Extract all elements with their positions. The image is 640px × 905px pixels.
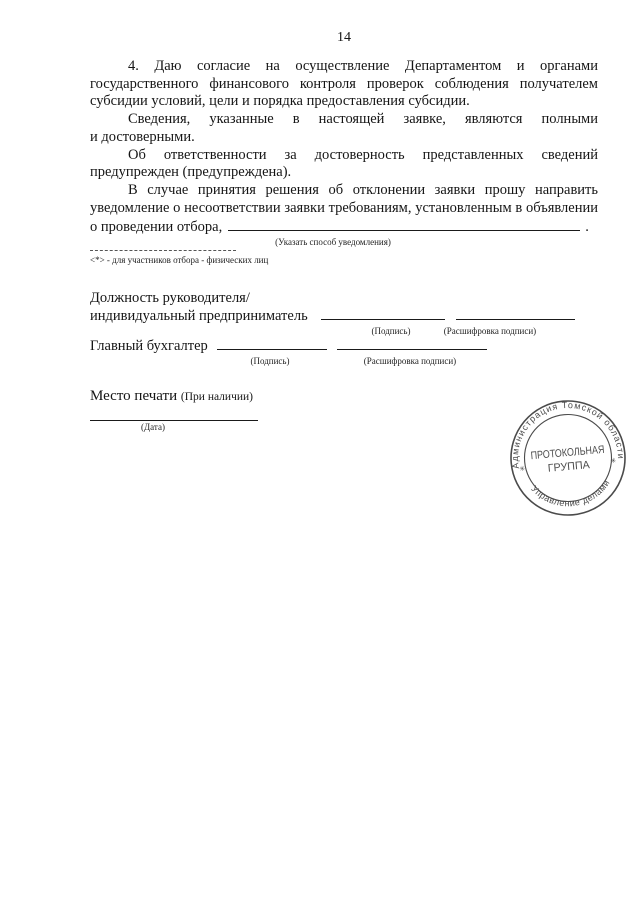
blank-date [90, 414, 258, 421]
stamp-center-line1: ПРОТОКОЛЬНАЯ [530, 444, 605, 462]
paragraph-line: субсидии условий, цели и порядка предост… [90, 93, 598, 111]
paragraph-line: уведомление о несоответствии заявки треб… [90, 200, 598, 218]
blank-signature [217, 337, 327, 350]
stamp-star-right-icon: ✳ [610, 457, 617, 465]
paragraph-line: Об ответственности за достоверность пред… [90, 147, 598, 165]
signature-row-accountant: Главный бухгалтер [90, 337, 598, 355]
blank-signature [321, 307, 445, 320]
stamp-center-line2: ГРУППА [547, 459, 591, 475]
paragraph-line: 4. Даю согласие на осуществление Департа… [90, 58, 598, 76]
signature-captions-row: (Подпись) (Расшифровка подписи) [90, 356, 598, 367]
signer-position-line1: Должность руководителя/ [90, 289, 598, 307]
paragraph-line: о проведении отбора,. [90, 217, 598, 237]
paragraph-line: Сведения, указанные в настоящей заявке, … [90, 111, 598, 129]
transcript-caption: (Расшифровка подписи) [364, 356, 456, 366]
blank-signature-transcript [456, 307, 575, 320]
page-number: 14 [90, 30, 598, 45]
signature-captions-row: (Подпись) (Расшифровка подписи) [90, 326, 598, 337]
signer-position-line2: индивидуальный предприниматель [90, 308, 308, 324]
signature-caption: (Подпись) [250, 356, 289, 366]
notification-method-caption: (Указать способ уведомления) [275, 237, 391, 247]
paragraph-line: предупрежден (предупреждена). [90, 164, 598, 182]
blank-notification-method [228, 217, 580, 231]
date-caption: (Дата) [141, 422, 165, 432]
stamp-ring-text-bottom: Управление делами [529, 477, 614, 512]
signature-row-head: индивидуальный предприниматель [90, 307, 598, 325]
notification-line-prefix: о проведении отбора, [90, 219, 222, 235]
page-content: 14 4. Даю согласие на осуществление Депа… [90, 30, 598, 433]
blank-caption-row: (Указать способ уведомления) [90, 237, 598, 248]
seal-place-label: Место печати [90, 388, 177, 404]
seal-place-note: (При наличии) [181, 391, 253, 403]
signature-caption: (Подпись) [371, 326, 410, 336]
notification-line-suffix: . [585, 219, 589, 235]
stamp-star-left-icon: ✳ [519, 465, 526, 473]
paragraph-line: В случае принятия решения об отклонении … [90, 182, 598, 200]
body-text: 4. Даю согласие на осуществление Департа… [90, 58, 598, 237]
document-page: 14 4. Даю согласие на осуществление Депа… [0, 0, 640, 905]
transcript-caption: (Расшифровка подписи) [444, 326, 536, 336]
footnote: <*> - для участников отбора - физических… [90, 255, 598, 265]
footnote-separator [90, 250, 236, 251]
blank-signature-transcript [337, 337, 487, 350]
round-stamp: Администрация Томской области Управление… [506, 396, 630, 520]
accountant-label: Главный бухгалтер [90, 338, 208, 354]
paragraph-line: и достоверными. [90, 129, 598, 147]
paragraph-line: государственного финансового контроля пр… [90, 76, 598, 94]
